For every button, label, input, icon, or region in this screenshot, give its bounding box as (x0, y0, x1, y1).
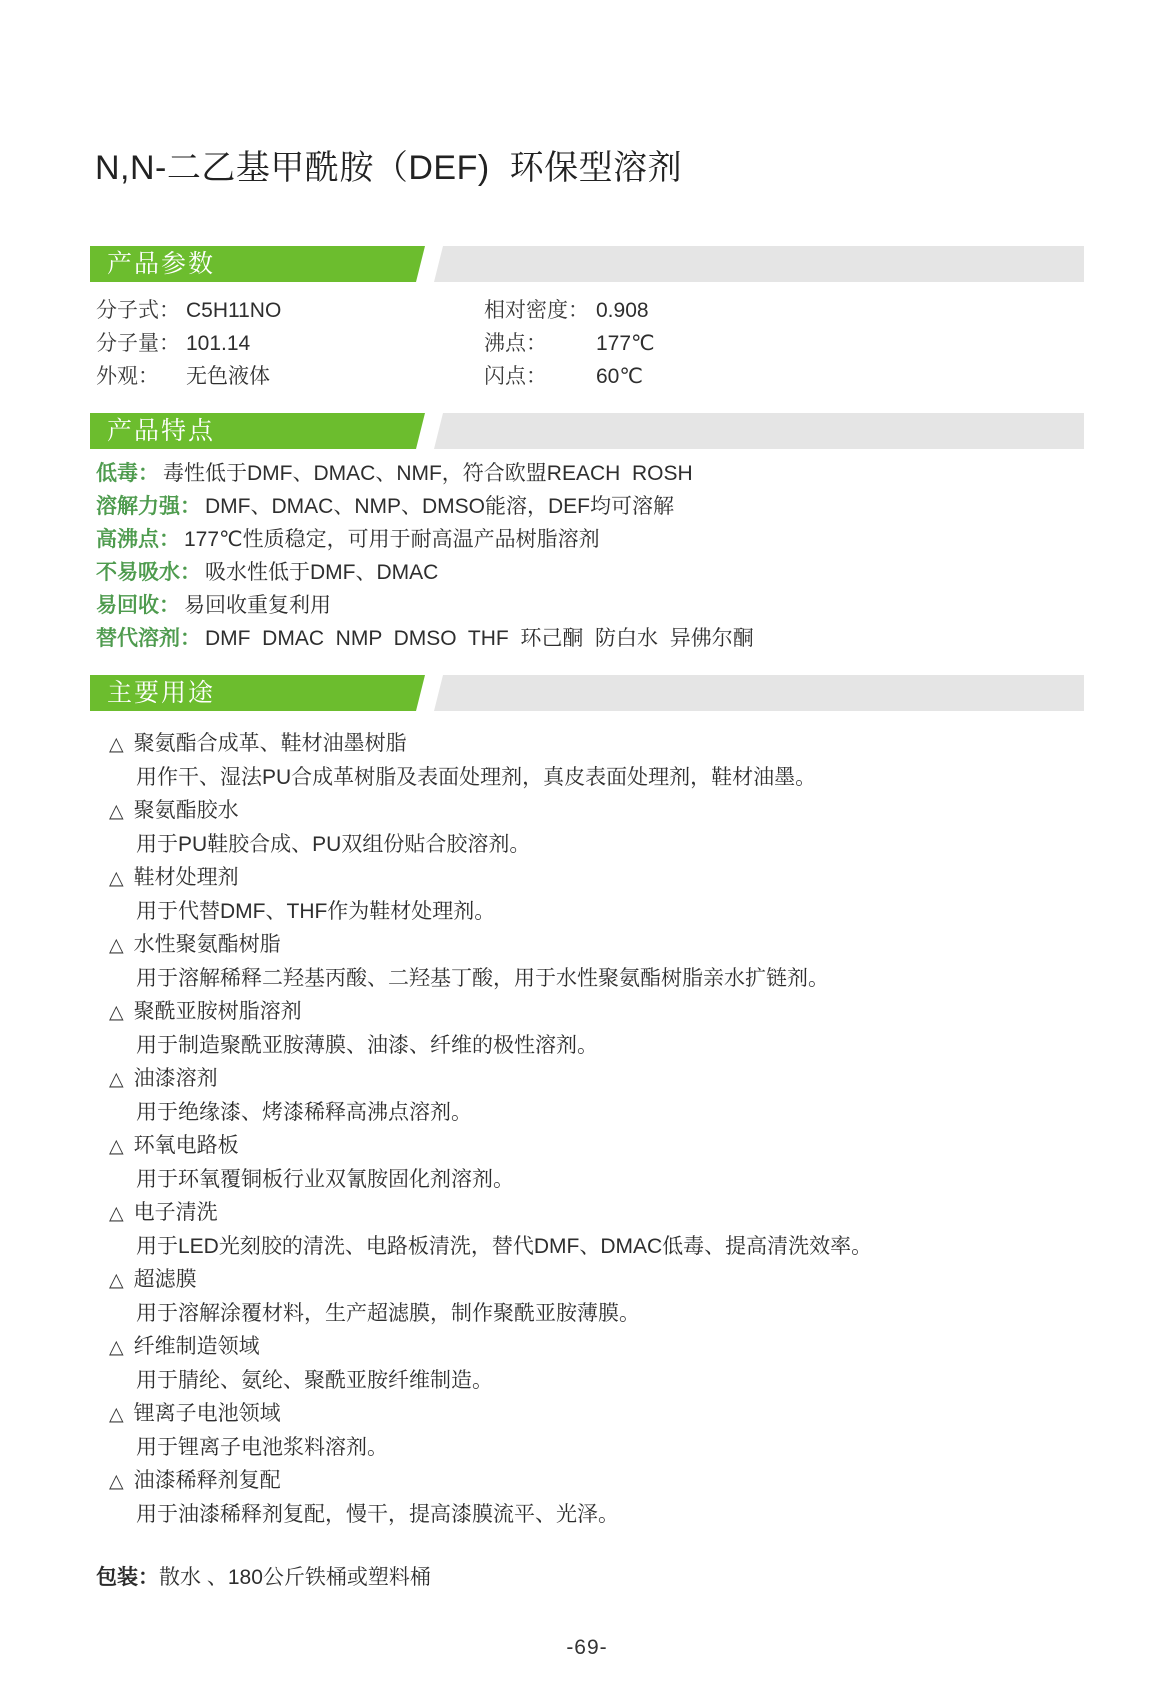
triangle-bullet-icon: △ (109, 1197, 124, 1230)
use-description: 用于LED光刻胶的清洗、电路板清洗，替代DMF、DMAC低毒、提高清洗效率。 (90, 1230, 1084, 1263)
parameter-label: 分子式： (96, 294, 186, 327)
packing-line: 包装：散水 、180公斤铁桶或塑料桶 (96, 1561, 1084, 1594)
triangle-bullet-icon: △ (109, 1465, 124, 1498)
feature-text: 易回收重复利用 (184, 594, 331, 617)
use-title-text: 水性聚氨酯树脂 (134, 928, 281, 961)
use-description: 用于腈纶、氨纶、聚酰亚胺纤维制造。 (90, 1364, 1084, 1397)
feature-line: 不易吸水：吸水性低于DMF、DMAC (96, 556, 1084, 589)
feature-label: 溶解力强： (96, 495, 201, 518)
parameter-row: 分子量： 101.14 沸点： 177℃ (96, 327, 1084, 360)
use-title-text: 锂离子电池领域 (134, 1397, 281, 1430)
parameter-label: 外观： (96, 360, 186, 393)
use-title-line: △ 纤维制造领域 (90, 1330, 1084, 1364)
triangle-bullet-icon: △ (109, 1264, 124, 1297)
use-description: 用于代替DMF、THF作为鞋材处理剂。 (90, 895, 1084, 928)
use-item: △ 超滤膜 用于溶解涂覆材料，生产超滤膜，制作聚酰亚胺薄膜。 (90, 1263, 1084, 1330)
use-title-line: △ 锂离子电池领域 (90, 1397, 1084, 1431)
use-title-line: △ 环氧电路板 (90, 1129, 1084, 1163)
triangle-bullet-icon: △ (109, 1398, 124, 1431)
use-item: △ 油漆溶剂 用于绝缘漆、烤漆稀释高沸点溶剂。 (90, 1062, 1084, 1129)
use-title-text: 电子清洗 (134, 1196, 218, 1229)
feature-label: 高沸点： (96, 528, 180, 551)
use-title-line: △ 油漆溶剂 (90, 1062, 1084, 1096)
use-title-text: 纤维制造领域 (134, 1330, 260, 1363)
uses-list: △ 聚氨酯合成革、鞋材油墨树脂 用作干、湿法PU合成革树脂及表面处理剂，真皮表面… (90, 727, 1084, 1531)
feature-line: 低毒：毒性低于DMF、DMAC、NMF，符合欧盟REACH ROSH (96, 457, 1084, 490)
use-item: △ 电子清洗 用于LED光刻胶的清洗、电路板清洗，替代DMF、DMAC低毒、提高… (90, 1196, 1084, 1263)
use-item: △ 纤维制造领域 用于腈纶、氨纶、聚酰亚胺纤维制造。 (90, 1330, 1084, 1397)
packing-label: 包装： (96, 1566, 159, 1589)
use-item: △ 环氧电路板 用于环氧覆铜板行业双氰胺固化剂溶剂。 (90, 1129, 1084, 1196)
parameter-value: C5H11NO (186, 294, 484, 327)
use-title-line: △ 聚酰亚胺树脂溶剂 (90, 995, 1084, 1029)
feature-text: 吸水性低于DMF、DMAC (205, 561, 438, 584)
section-header-features: 产品特点 (90, 413, 1084, 449)
use-title-text: 聚氨酯合成革、鞋材油墨树脂 (134, 727, 407, 760)
use-title-text: 环氧电路板 (134, 1129, 239, 1162)
parameter-label: 相对密度： (484, 294, 596, 327)
use-title-text: 鞋材处理剂 (134, 861, 239, 894)
parameter-label: 沸点： (484, 327, 596, 360)
use-title-line: △ 鞋材处理剂 (90, 861, 1084, 895)
feature-text: 177℃性质稳定，可用于耐高温产品树脂溶剂 (184, 528, 600, 551)
use-description: 用于PU鞋胶合成、PU双组份贴合胶溶剂。 (90, 828, 1084, 861)
use-item: △ 锂离子电池领域 用于锂离子电池浆料溶剂。 (90, 1397, 1084, 1464)
use-title-line: △ 聚氨酯合成革、鞋材油墨树脂 (90, 727, 1084, 761)
use-title-text: 聚氨酯胶水 (134, 794, 239, 827)
triangle-bullet-icon: △ (109, 1130, 124, 1163)
parameter-label: 闪点： (484, 360, 596, 393)
parameter-row: 分子式： C5H11NO 相对密度： 0.908 (96, 294, 1084, 327)
use-title-text: 油漆溶剂 (134, 1062, 218, 1095)
packing-text: 散水 、180公斤铁桶或塑料桶 (159, 1566, 431, 1589)
use-item: △ 聚氨酯胶水 用于PU鞋胶合成、PU双组份贴合胶溶剂。 (90, 794, 1084, 861)
feature-label: 不易吸水： (96, 561, 201, 584)
feature-text: DMF DMAC NMP DMSO THF 环己酮 防白水 异佛尔酮 (205, 627, 754, 650)
parameter-value: 无色液体 (186, 360, 484, 393)
use-title-line: △ 油漆稀释剂复配 (90, 1464, 1084, 1498)
use-title-line: △ 超滤膜 (90, 1263, 1084, 1297)
use-item: △ 鞋材处理剂 用于代替DMF、THF作为鞋材处理剂。 (90, 861, 1084, 928)
use-description: 用作干、湿法PU合成革树脂及表面处理剂，真皮表面处理剂，鞋材油墨。 (90, 761, 1084, 794)
section-header-gray-band (434, 413, 1084, 449)
parameter-value: 0.908 (596, 294, 1084, 327)
features-list: 低毒：毒性低于DMF、DMAC、NMF，符合欧盟REACH ROSH 溶解力强：… (96, 457, 1084, 655)
feature-text: 毒性低于DMF、DMAC、NMF，符合欧盟REACH ROSH (163, 462, 693, 485)
section-header-uses: 主要用途 (90, 675, 1084, 711)
parameter-value: 101.14 (186, 327, 484, 360)
section-header-gray-band (434, 246, 1084, 282)
parameters-table: 分子式： C5H11NO 相对密度： 0.908 分子量： 101.14 沸点：… (96, 294, 1084, 393)
use-item: △ 聚氨酯合成革、鞋材油墨树脂 用作干、湿法PU合成革树脂及表面处理剂，真皮表面… (90, 727, 1084, 794)
use-item: △ 聚酰亚胺树脂溶剂 用于制造聚酰亚胺薄膜、油漆、纤维的极性溶剂。 (90, 995, 1084, 1062)
use-description: 用于溶解涂覆材料，生产超滤膜，制作聚酰亚胺薄膜。 (90, 1297, 1084, 1330)
section-header-params: 产品参数 (90, 246, 1084, 282)
section-header-uses-label: 主要用途 (107, 675, 215, 711)
triangle-bullet-icon: △ (109, 862, 124, 895)
triangle-bullet-icon: △ (109, 795, 124, 828)
feature-line: 替代溶剂：DMF DMAC NMP DMSO THF 环己酮 防白水 异佛尔酮 (96, 622, 1084, 655)
parameter-row: 外观： 无色液体 闪点： 60℃ (96, 360, 1084, 393)
feature-line: 高沸点：177℃性质稳定，可用于耐高温产品树脂溶剂 (96, 523, 1084, 556)
use-description: 用于溶解稀释二羟基丙酸、二羟基丁酸，用于水性聚氨酯树脂亲水扩链剂。 (90, 962, 1084, 995)
feature-label: 易回收： (96, 594, 180, 617)
parameter-value: 60℃ (596, 360, 1084, 393)
feature-label: 替代溶剂： (96, 627, 201, 650)
section-header-params-label: 产品参数 (107, 246, 215, 282)
triangle-bullet-icon: △ (109, 1331, 124, 1364)
datasheet-page: N,N-二乙基甲酰胺（DEF) 环保型溶剂 产品参数 分子式： C5H11NO … (0, 146, 1165, 1660)
parameter-label: 分子量： (96, 327, 186, 360)
use-item: △ 水性聚氨酯树脂 用于溶解稀释二羟基丙酸、二羟基丁酸，用于水性聚氨酯树脂亲水扩… (90, 928, 1084, 995)
feature-text: DMF、DMAC、NMP、DMSO能溶，DEF均可溶解 (205, 495, 674, 518)
feature-line: 易回收：易回收重复利用 (96, 589, 1084, 622)
use-title-line: △ 聚氨酯胶水 (90, 794, 1084, 828)
use-title-text: 聚酰亚胺树脂溶剂 (134, 995, 302, 1028)
triangle-bullet-icon: △ (109, 1063, 124, 1096)
use-description: 用于绝缘漆、烤漆稀释高沸点溶剂。 (90, 1096, 1084, 1129)
page-title: N,N-二乙基甲酰胺（DEF) 环保型溶剂 (95, 146, 1084, 190)
triangle-bullet-icon: △ (109, 929, 124, 962)
use-description: 用于环氧覆铜板行业双氰胺固化剂溶剂。 (90, 1163, 1084, 1196)
use-item: △ 油漆稀释剂复配 用于油漆稀释剂复配，慢干，提高漆膜流平、光泽。 (90, 1464, 1084, 1531)
triangle-bullet-icon: △ (109, 996, 124, 1029)
use-description: 用于锂离子电池浆料溶剂。 (90, 1431, 1084, 1464)
use-title-line: △ 电子清洗 (90, 1196, 1084, 1230)
page-number: -69- (90, 1636, 1084, 1660)
use-title-text: 油漆稀释剂复配 (134, 1464, 281, 1497)
use-description: 用于制造聚酰亚胺薄膜、油漆、纤维的极性溶剂。 (90, 1029, 1084, 1062)
use-title-line: △ 水性聚氨酯树脂 (90, 928, 1084, 962)
feature-line: 溶解力强：DMF、DMAC、NMP、DMSO能溶，DEF均可溶解 (96, 490, 1084, 523)
triangle-bullet-icon: △ (109, 728, 124, 761)
parameter-value: 177℃ (596, 327, 1084, 360)
use-description: 用于油漆稀释剂复配，慢干，提高漆膜流平、光泽。 (90, 1498, 1084, 1531)
use-title-text: 超滤膜 (134, 1263, 197, 1296)
section-header-gray-band (434, 675, 1084, 711)
section-header-features-label: 产品特点 (107, 413, 215, 449)
feature-label: 低毒： (96, 462, 159, 485)
